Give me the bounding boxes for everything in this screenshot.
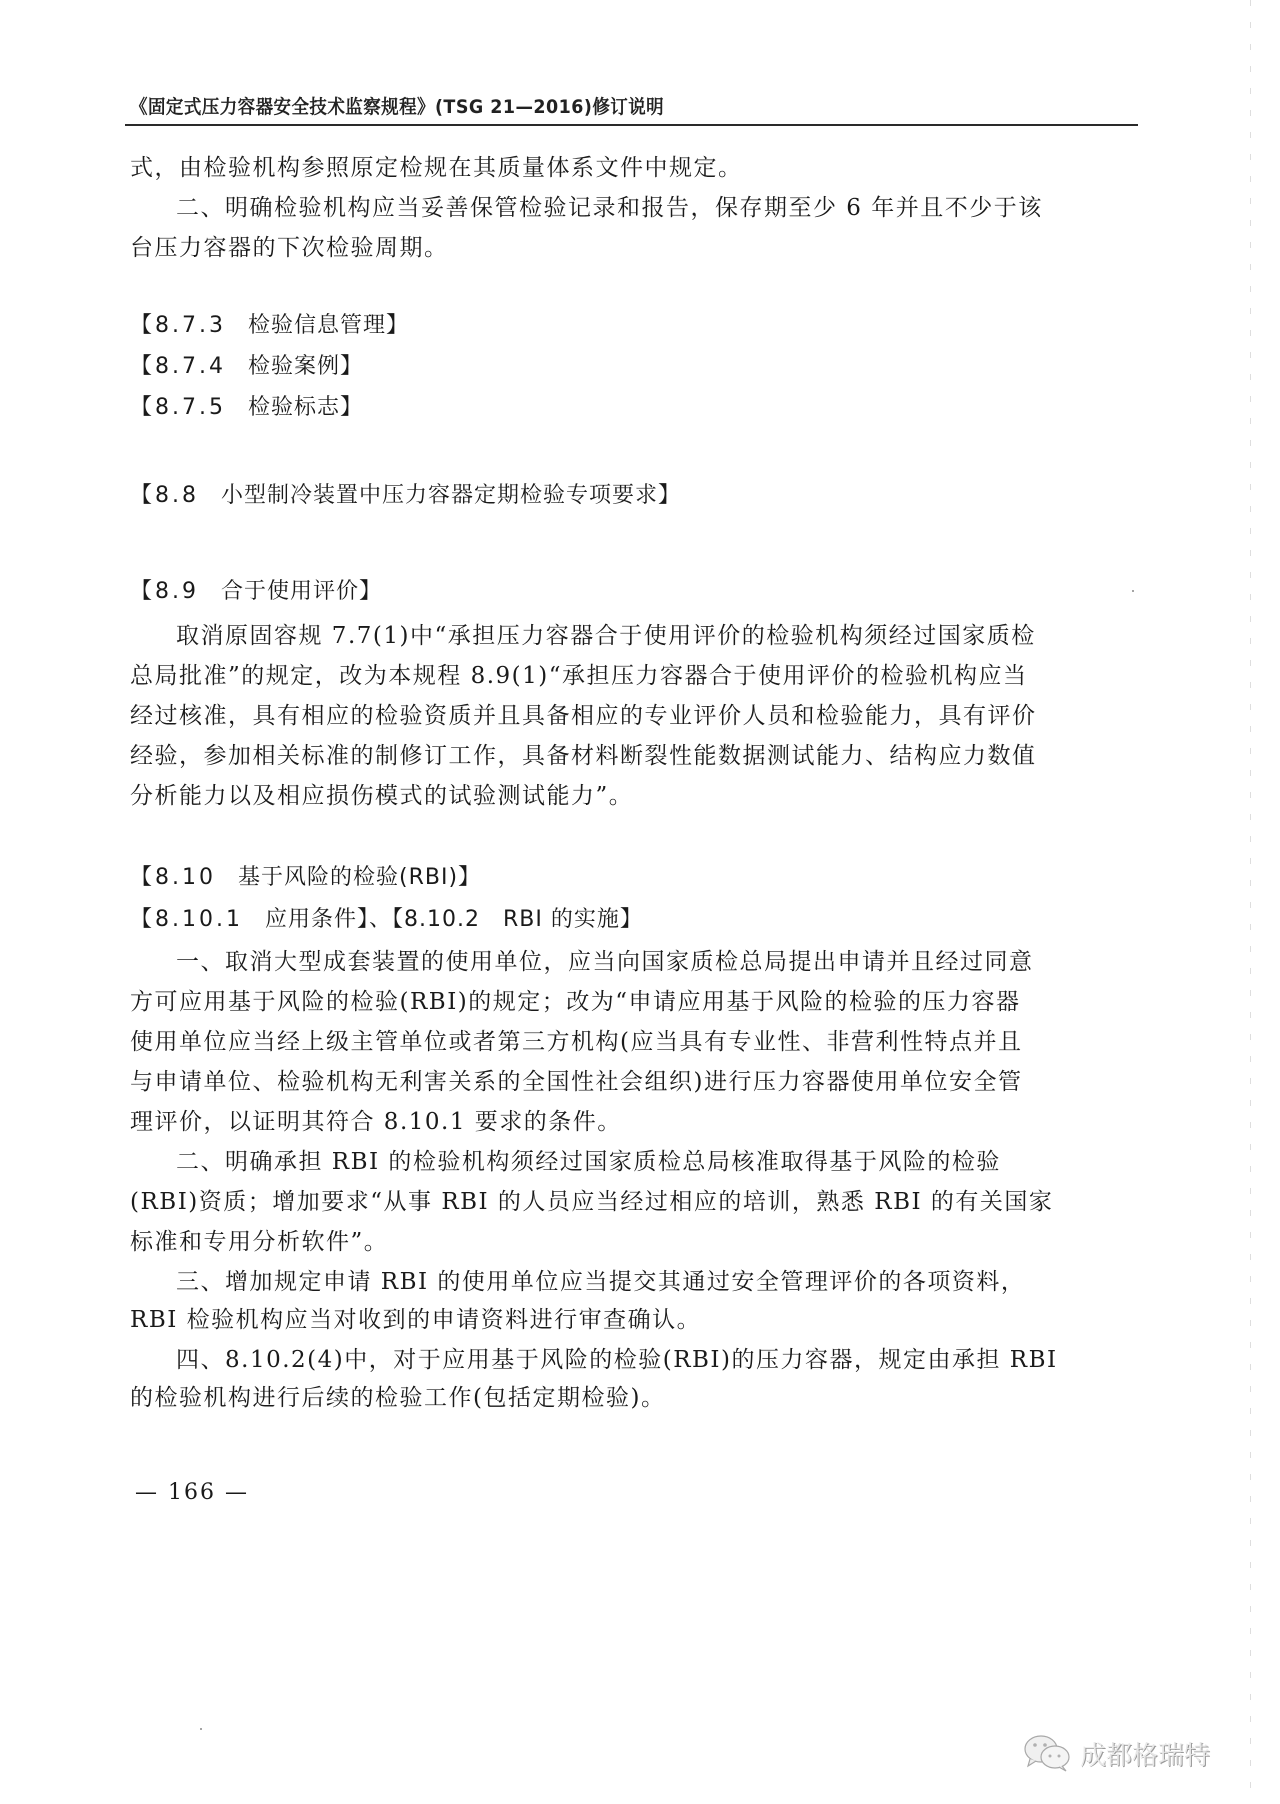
scan-edge <box>1250 0 1251 1804</box>
section-title: 合于使用评价】 <box>221 579 382 604</box>
paragraph-line: 取消原固容规 7.7(1)中“承担压力容器合于使用评价的检验机构须经过国家质检 <box>176 621 1036 651</box>
page-number: — 166 — <box>135 1480 249 1505</box>
paragraph-line: 标准和专用分析软件”。 <box>130 1227 388 1257</box>
section-number: 【8.9 <box>130 579 199 604</box>
section-number: 【8.10 <box>130 865 216 890</box>
paragraph-line: 理评价，以证明其符合 8.10.1 要求的条件。 <box>130 1107 622 1137</box>
paragraph-line: 使用单位应当经上级主管单位或者第三方机构(应当具有专业性、非营利性特点并且 <box>130 1027 1022 1057</box>
running-head: 《固定式压力容器安全技术监察规程》(TSG 21—2016)修订说明 <box>130 92 664 119</box>
watermark: 成都格瑞特 <box>1022 1733 1210 1773</box>
section-number: 【8.10.1 <box>130 907 243 932</box>
wechat-icon <box>1022 1733 1074 1773</box>
section-heading: 【8.10.1应用条件】、【8.10.2 RBI 的实施】 <box>130 905 643 935</box>
paragraph-line: 的检验机构进行后续的检验工作(包括定期检验)。 <box>130 1383 665 1413</box>
section-heading: 【8.7.4检验案例】 <box>130 352 363 382</box>
paragraph-line: 经过核准，具有相应的检验资质并且具备相应的专业评价人员和检验能力，具有评价 <box>130 701 1037 731</box>
paragraph-line: 方可应用基于风险的检验(RBI)的规定；改为“申请应用基于风险的检验的压力容器 <box>130 987 1021 1017</box>
paragraph-line: 分析能力以及相应损伤模式的试验测试能力”。 <box>130 781 633 811</box>
section-number: 【8.8 <box>130 483 199 508</box>
paragraph-line: RBI 检验机构应当对收到的申请资料进行审查确认。 <box>130 1305 701 1335</box>
paragraph-line: 二、明确承担 RBI 的检验机构须经过国家质检总局核准取得基于风险的检验 <box>176 1147 1001 1177</box>
section-number: 【8.7.4 <box>130 354 226 379</box>
paragraph-line: 二、明确检验机构应当妥善保管检验记录和报告，保存期至少 6 年并且不少于该 <box>176 193 1043 223</box>
paragraph-line: 经验，参加相关标准的制修订工作，具备材料断裂性能数据测试能力、结构应力数值 <box>130 741 1037 771</box>
paragraph-line: 台压力容器的下次检验周期。 <box>130 233 449 263</box>
section-title: 小型制冷装置中压力容器定期检验专项要求】 <box>221 483 681 508</box>
section-title: 检验标志】 <box>248 395 363 420</box>
section-title: 检验信息管理】 <box>248 313 409 338</box>
section-heading: 【8.8小型制冷装置中压力容器定期检验专项要求】 <box>130 481 681 511</box>
scan-speck <box>200 1728 202 1730</box>
section-title: 应用条件】、【8.10.2 RBI 的实施】 <box>265 907 643 932</box>
section-heading: 【8.9合于使用评价】 <box>130 577 382 607</box>
section-number: 【8.7.3 <box>130 313 226 338</box>
paragraph-line: 一、取消大型成套装置的使用单位，应当向国家质检总局提出申请并且经过同意 <box>176 947 1034 977</box>
watermark-text: 成都格瑞特 <box>1080 1735 1210 1772</box>
paragraph-line: 三、增加规定申请 RBI 的使用单位应当提交其通过安全管理评价的各项资料， <box>176 1267 1025 1297</box>
header-rule <box>125 124 1138 126</box>
section-heading: 【8.10基于风险的检验(RBI)】 <box>130 863 481 893</box>
section-title: 检验案例】 <box>248 354 363 379</box>
paragraph-line: (RBI)资质；增加要求“从事 RBI 的人员应当经过相应的培训，熟悉 RBI … <box>130 1187 1053 1217</box>
section-heading: 【8.7.3检验信息管理】 <box>130 311 409 341</box>
section-number: 【8.7.5 <box>130 395 226 420</box>
section-heading: 【8.7.5检验标志】 <box>130 393 363 423</box>
document-page: 《固定式压力容器安全技术监察规程》(TSG 21—2016)修订说明 式，由检验… <box>0 0 1280 1804</box>
scan-speck <box>1132 590 1134 592</box>
paragraph-line: 总局批准”的规定，改为本规程 8.9(1)“承担压力容器合于使用评价的检验机构应… <box>130 661 1028 691</box>
section-title: 基于风险的检验(RBI)】 <box>238 865 481 890</box>
paragraph-line: 四、8.10.2(4)中，对于应用基于风险的检验(RBI)的压力容器，规定由承担… <box>176 1345 1058 1375</box>
paragraph-line: 与申请单位、检验机构无利害关系的全国性社会组织)进行压力容器使用单位安全管 <box>130 1067 1022 1097</box>
paragraph-line: 式，由检验机构参照原定检规在其质量体系文件中规定。 <box>130 153 743 183</box>
